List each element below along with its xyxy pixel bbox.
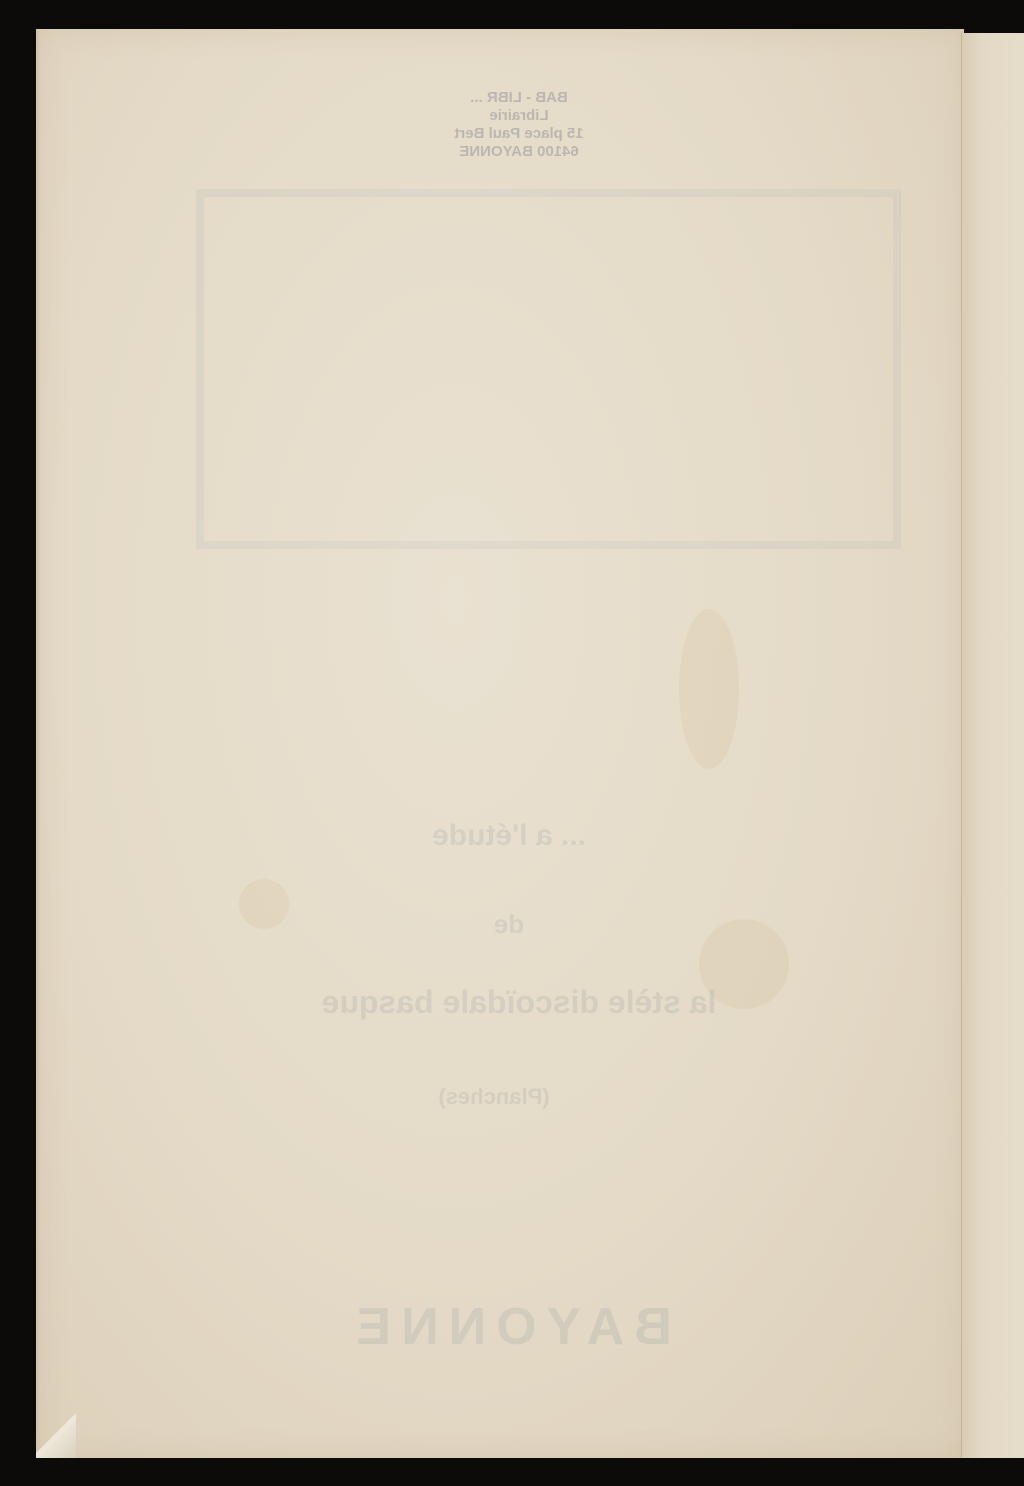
- booklet-left-page: BAB - LIBR ... Librairie 15 place Paul B…: [36, 29, 964, 1458]
- show-through-footer-banner: BAYONNE: [139, 1297, 879, 1357]
- stamp-line: 64100 BAYONNE: [369, 143, 669, 161]
- paper-stain: [699, 919, 789, 1009]
- show-through-planches: (Planches): [394, 1084, 594, 1110]
- stamp-line: 15 place Paul Bert: [369, 125, 669, 143]
- stamp-line: Librairie: [369, 107, 669, 125]
- show-through-subtitle: de: [459, 909, 559, 940]
- stamp-line: BAB - LIBR ...: [369, 89, 669, 107]
- library-stamp-show-through: BAB - LIBR ... Librairie 15 place Paul B…: [369, 89, 669, 161]
- booklet-right-page-edge: [961, 33, 1024, 1458]
- show-through-title: ... a l'étude: [259, 819, 759, 853]
- show-through-cover-frame: [196, 189, 901, 549]
- show-through-main-line: la stèle discoïdale basque: [254, 984, 784, 1021]
- folded-corner: [36, 1410, 76, 1458]
- paper-stain: [679, 609, 739, 769]
- paper-stain: [239, 879, 289, 929]
